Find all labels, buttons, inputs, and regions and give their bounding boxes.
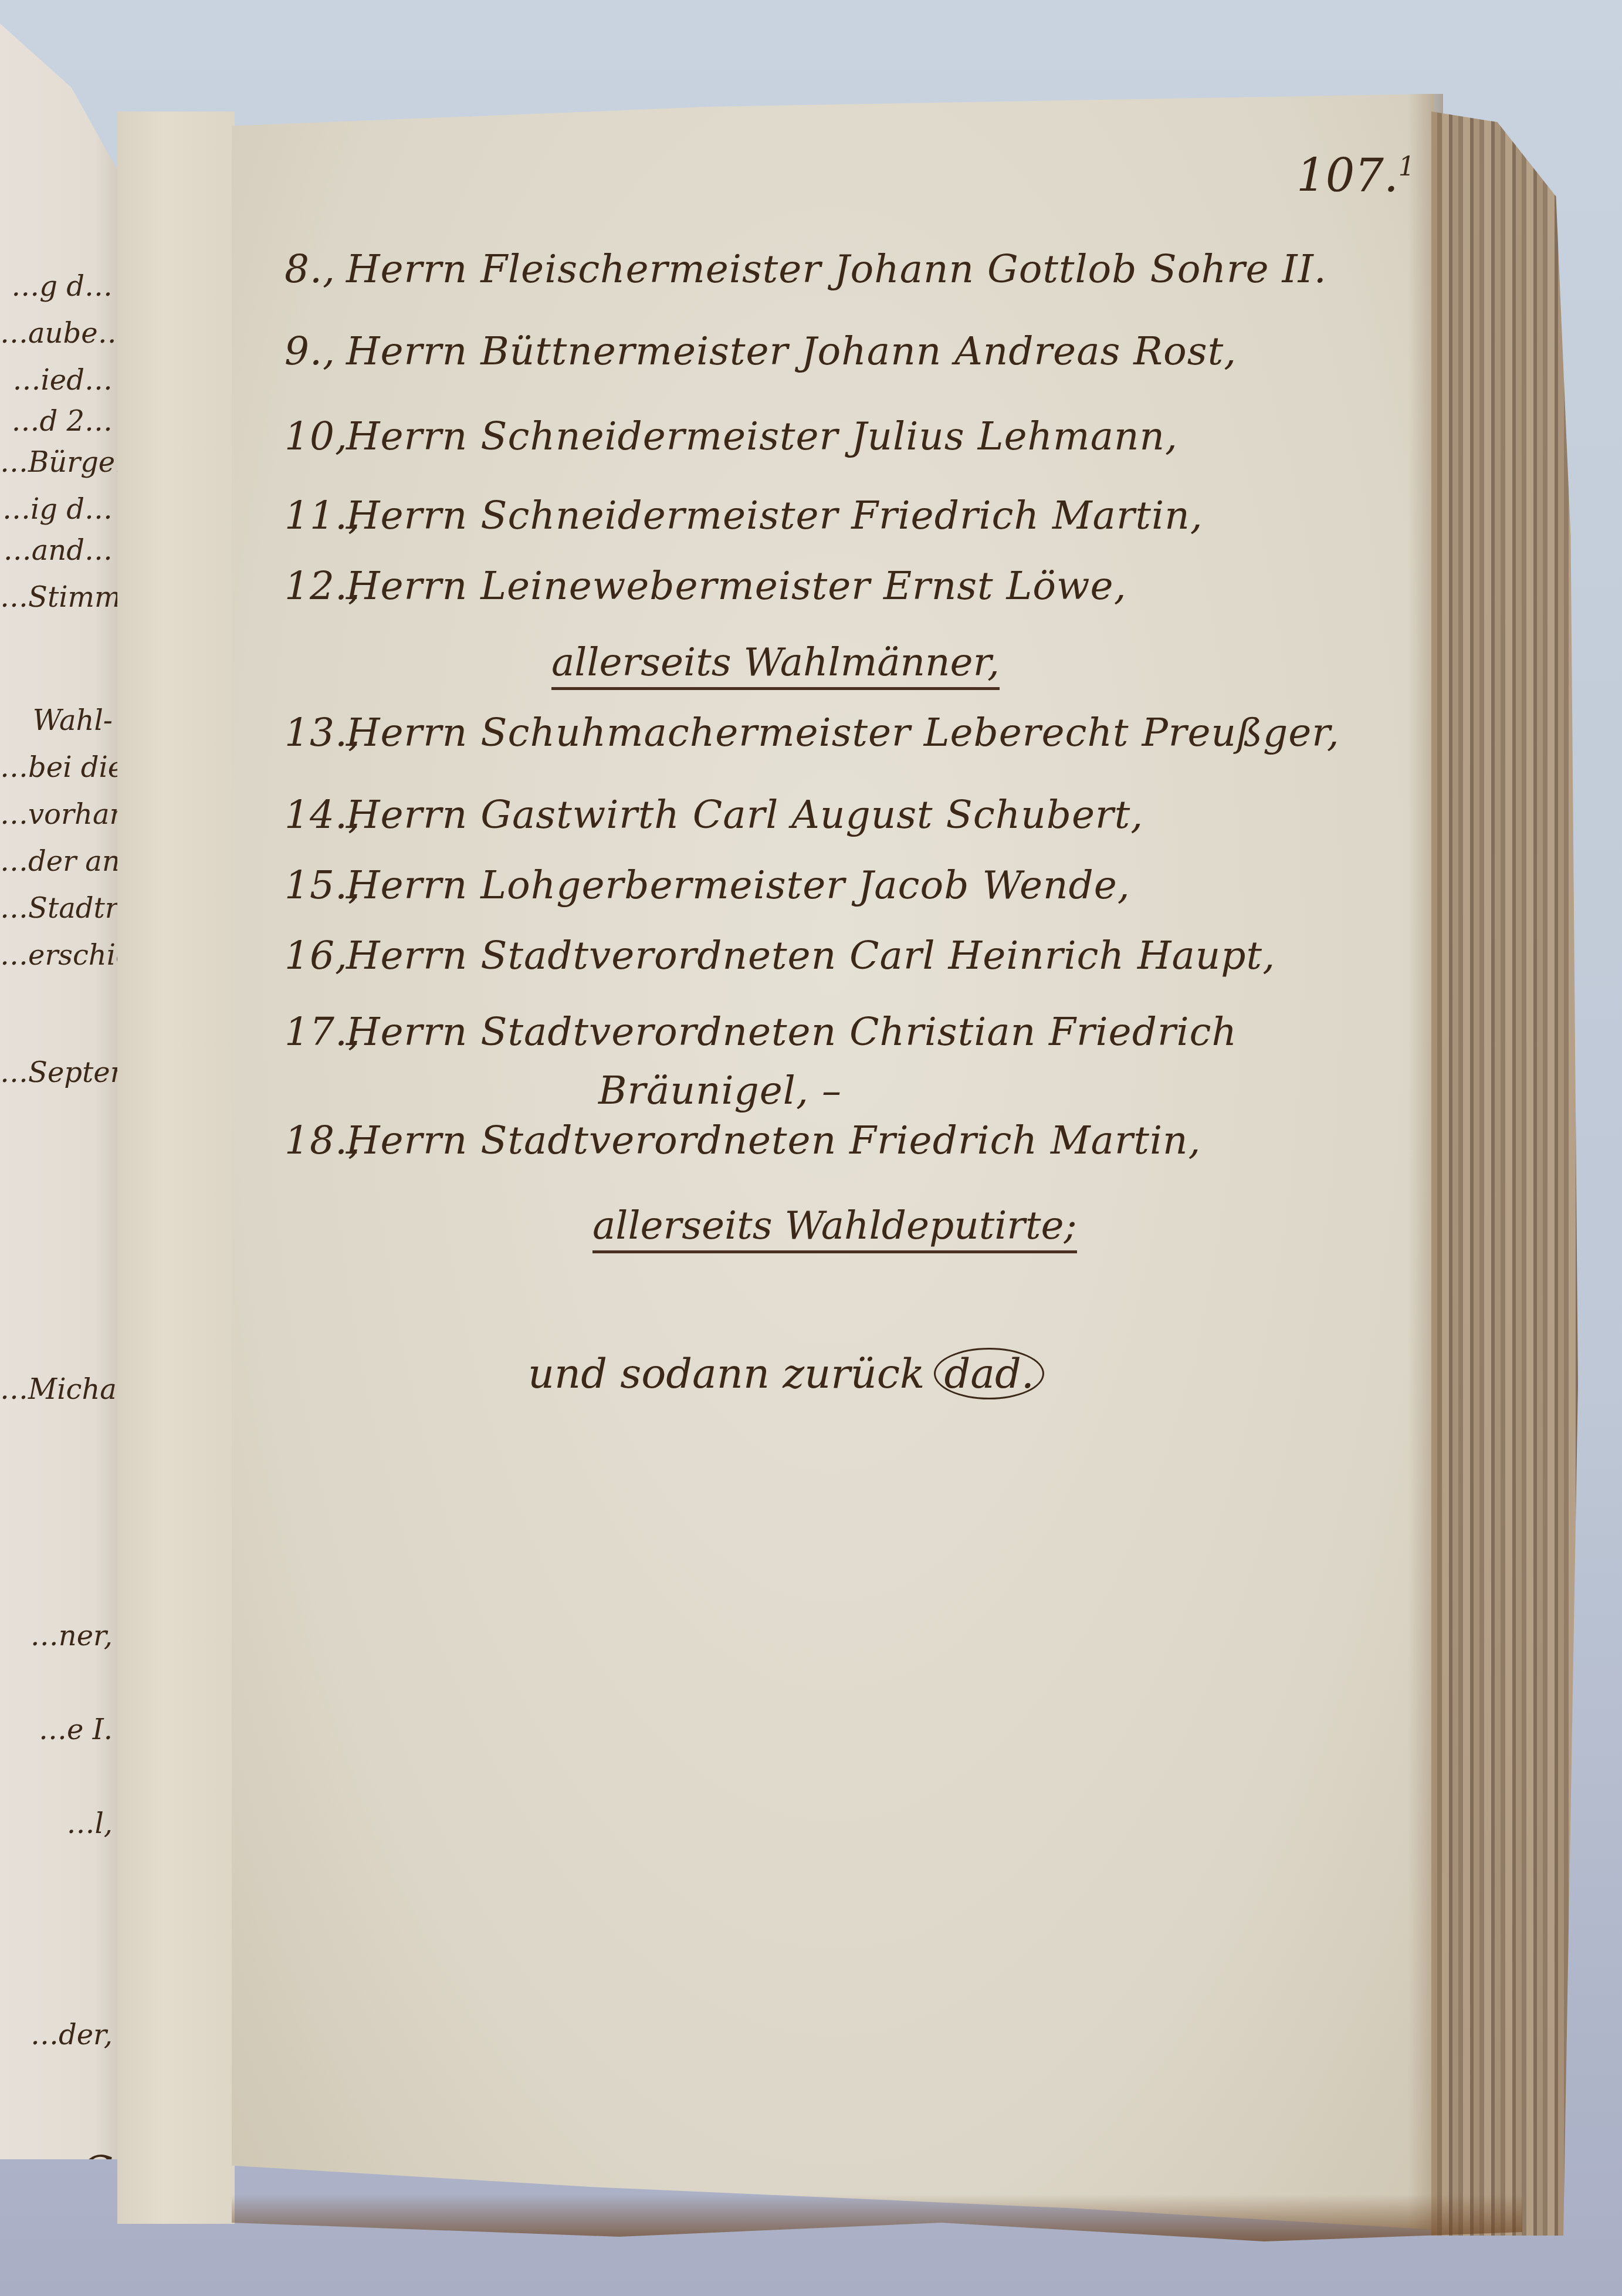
- entry-number: 18.,: [285, 1118, 346, 1163]
- group-label-wahldeputirte: allerseits Wahldeputirte;: [592, 1203, 1077, 1253]
- entry-text: Herrn Büttnermeister Johann Andreas Rost…: [346, 329, 1237, 374]
- entry-text: Herrn Schneidermeister Julius Lehmann,: [346, 414, 1178, 459]
- entry-number: 14.,: [285, 792, 346, 837]
- closing-line: und sodann zurückdad.: [528, 1350, 1044, 1398]
- entry-number: 12.,: [285, 563, 346, 608]
- left-fragment: …vorhand: [0, 798, 117, 831]
- left-fragment: …Bürger: [0, 446, 117, 479]
- left-fragment: Wahl-: [0, 704, 117, 737]
- entry-number: 17.,: [285, 1009, 346, 1054]
- entry-number: 10,: [285, 414, 346, 459]
- left-fragment: …Stadtrath: [0, 892, 117, 925]
- register-entry: 9.,Herrn Büttnermeister Johann Andreas R…: [285, 329, 1237, 374]
- entry-number: 11.,: [285, 493, 346, 538]
- folio-number: 107.1: [1296, 150, 1415, 202]
- entry-number: 16,: [285, 933, 346, 978]
- left-fragment: …ig d…: [0, 493, 117, 526]
- entry-text: Herrn Schneidermeister Friedrich Martin,: [346, 493, 1203, 538]
- page-gutter: [117, 111, 235, 2224]
- entry-text: Bräunigel, –: [598, 1068, 842, 1113]
- page-bottom-edge-damage: [232, 2194, 1522, 2241]
- entry-number: 9.,: [285, 329, 346, 374]
- book-page-edges: [1431, 111, 1578, 2236]
- left-fragment: …l,: [0, 1807, 117, 1840]
- left-fragment: …g d…: [0, 270, 117, 303]
- entry-text: Herrn Leinewebermeister Ernst Löwe,: [346, 563, 1127, 608]
- closing-abbreviation: dad.: [934, 1348, 1044, 1399]
- group-label-wahlmaenner: allerseits Wahlmänner,: [551, 640, 1000, 690]
- closing-text: und sodann zurück: [528, 1350, 925, 1398]
- register-entry: 16,Herrn Stadtverordneten Carl Heinrich …: [285, 933, 1275, 978]
- register-entry: 15.,Herrn Lohgerbermeister Jacob Wende,: [285, 863, 1130, 908]
- entry-text: Herrn Fleischermeister Johann Gottlob So…: [346, 246, 1327, 292]
- entry-text: Herrn Lohgerbermeister Jacob Wende,: [346, 863, 1130, 908]
- entry-text: Herrn Gastwirth Carl August Schubert,: [346, 792, 1143, 837]
- register-entry: 18.,Herrn Stadtverordneten Friedrich Mar…: [285, 1118, 1201, 1163]
- entry-number: 8.,: [285, 246, 346, 292]
- left-fragment: …Michael: [0, 1373, 117, 1406]
- left-fragment: …d 2…: [0, 405, 117, 438]
- left-fragment: …der,: [0, 2018, 117, 2051]
- entry-text: Herrn Stadtverordneten Christian Friedri…: [346, 1009, 1237, 1054]
- left-page: …g d… …aube… …ied… …d 2… …Bürger …ig d… …: [0, 23, 119, 2159]
- left-fragment: …Stimmung: [0, 581, 117, 614]
- entry-number: 15.,: [285, 863, 346, 908]
- register-entry: 14.,Herrn Gastwirth Carl August Schubert…: [285, 792, 1143, 837]
- register-entry: 13.,Herrn Schuhmachermeister Leberecht P…: [285, 710, 1340, 755]
- entry-text: Herrn Stadtverordneten Friedrich Martin,: [346, 1118, 1201, 1163]
- entry-text: Herrn Stadtverordneten Carl Heinrich Hau…: [346, 933, 1275, 978]
- left-fragment: …and…: [0, 534, 117, 567]
- register-entry: 8.,Herrn Fleischermeister Johann Gottlob…: [285, 246, 1327, 292]
- register-entry: 10,Herrn Schneidermeister Julius Lehmann…: [285, 414, 1178, 459]
- register-entry: 17.,Herrn Stadtverordneten Christian Fri…: [285, 1009, 1237, 1054]
- register-entry: 12.,Herrn Leinewebermeister Ernst Löwe,: [285, 563, 1127, 608]
- left-fragment: C: [0, 2148, 117, 2197]
- left-fragment: …aube…: [0, 317, 117, 350]
- register-entry-continuation: Bräunigel, –: [598, 1068, 842, 1113]
- left-fragment: …ner,: [0, 1619, 117, 1652]
- entry-number: 13.,: [285, 710, 346, 755]
- register-entry: 11.,Herrn Schneidermeister Friedrich Mar…: [285, 493, 1203, 538]
- left-fragment: …der an: [0, 845, 117, 878]
- left-fragment: …erschien: [0, 939, 117, 972]
- left-fragment: …e I.: [0, 1713, 117, 1746]
- left-fragment: …ied…: [0, 364, 117, 397]
- folio-mark: 1: [1398, 152, 1415, 182]
- entry-text: Herrn Schuhmachermeister Leberecht Preuß…: [346, 710, 1340, 755]
- left-fragment: …September: [0, 1056, 117, 1089]
- left-fragment: …bei dies: [0, 751, 117, 784]
